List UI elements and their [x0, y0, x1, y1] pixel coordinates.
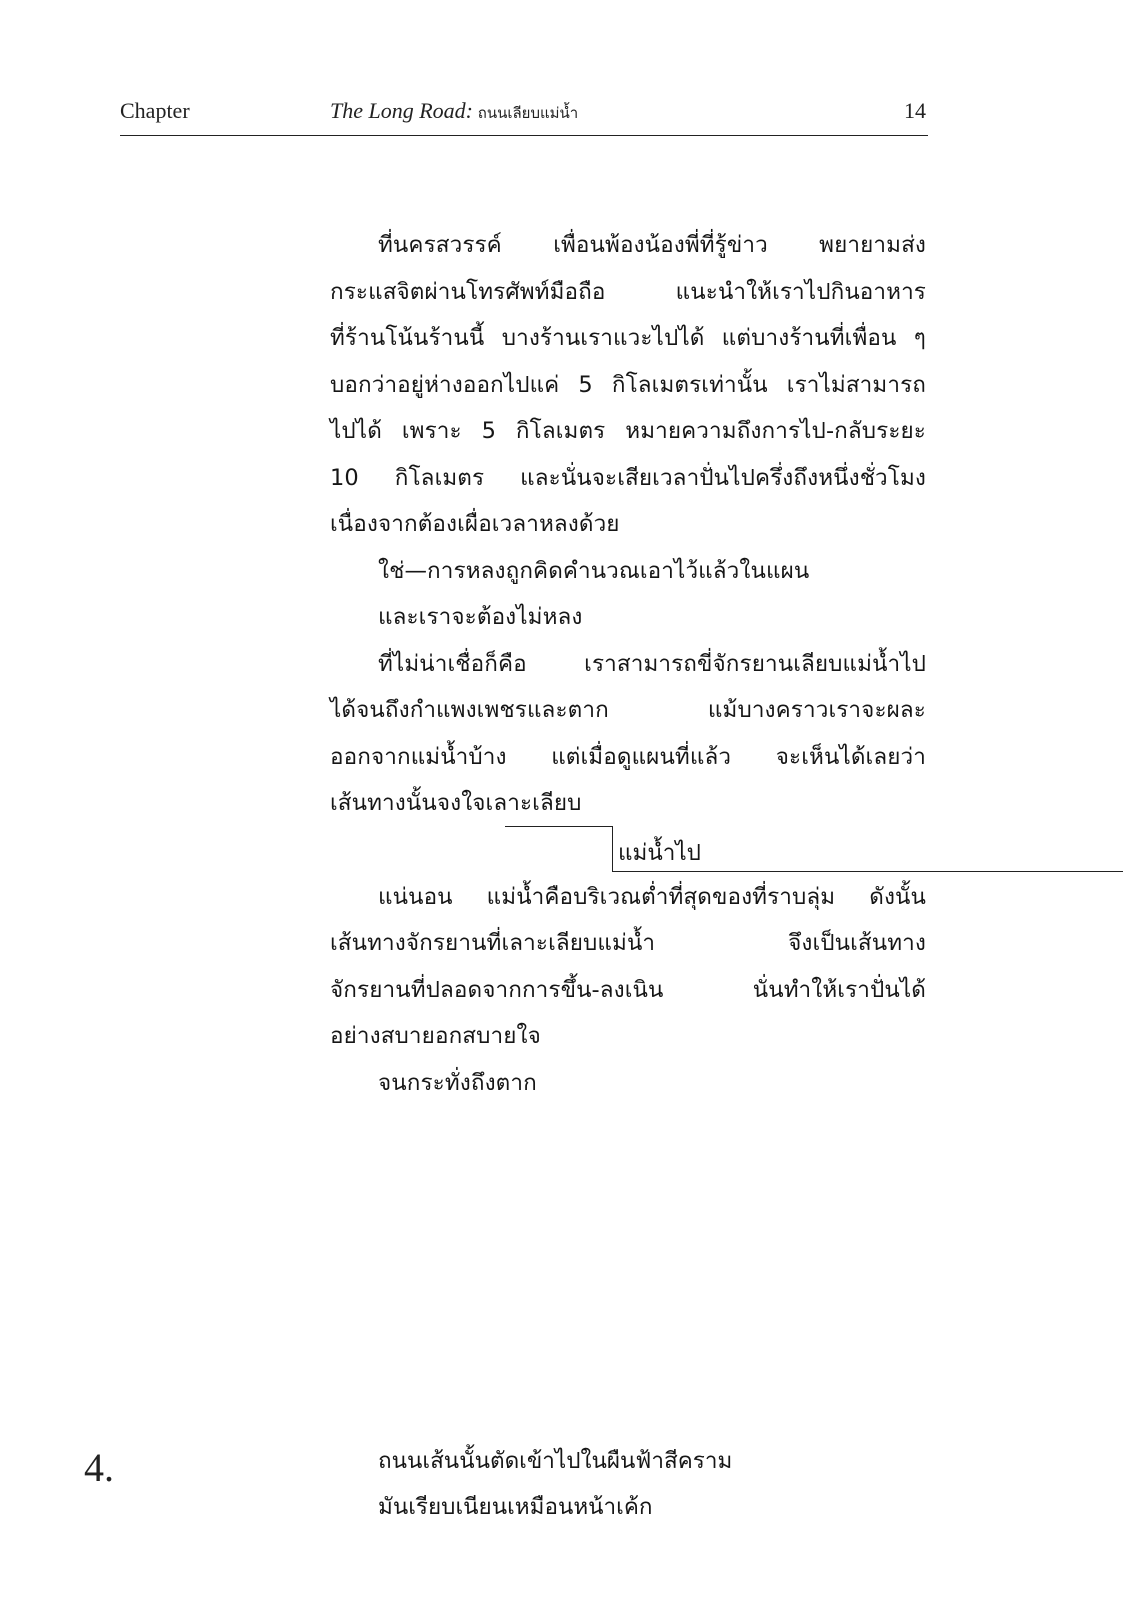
section-line: ถนนเส้นนั้นตัดเข้าไปในผืนฟ้าสีคราม — [378, 1446, 732, 1476]
page-number: 14 — [880, 98, 926, 124]
body-line: แน่นอน แม่น้ำคือบริเวณต่ำที่สุดของที่ราบ… — [378, 882, 926, 912]
connector-line-vertical — [612, 826, 613, 872]
connector-line-top — [505, 826, 612, 827]
body-line: ออกจากแม่น้ำบ้าง แต่เมื่อดูแผนที่แล้ว จะ… — [330, 742, 926, 772]
header-rule — [120, 135, 928, 136]
section-line: มันเรียบเนียนเหมือนหน้าเค้ก — [378, 1492, 653, 1522]
body-line: ใช่—การหลงถูกคิดคำนวณเอาไว้แล้วในแผน — [378, 556, 926, 586]
body-line: เส้นทางจักรยานที่เลาะเลียบแม่น้ำ จึงเป็น… — [330, 928, 926, 958]
connector-text: แม่น้ำไป — [618, 838, 701, 868]
body-line: จนกระทั่งถึงตาก — [378, 1068, 926, 1098]
body-line: เส้นทางนั้นจงใจเลาะเลียบ — [330, 788, 926, 818]
body-line: ที่นครสวรรค์ เพื่อนพ้องน้องพี่ที่รู้ข่าว… — [378, 230, 926, 260]
body-line: เนื่องจากต้องเผื่อเวลาหลงด้วย — [330, 509, 926, 539]
book-title-english: The Long Road: — [330, 98, 473, 123]
running-header-title: The Long Road: ถนนเลียบแม่น้ำ — [330, 98, 578, 125]
body-line: 10 กิโลเมตร และนั่นจะเสียเวลาปั่นไปครึ่ง… — [330, 463, 926, 493]
body-line: ที่ร้านโน้นร้านนี้ บางร้านเราแวะไปได้ แต… — [330, 323, 926, 353]
book-title-thai: ถนนเลียบแม่น้ำ — [473, 104, 578, 122]
body-line: ได้จนถึงกำแพงเพชรและตาก แม้บางคราวเราจะผ… — [330, 695, 926, 725]
section-number: 4. — [84, 1446, 114, 1490]
body-line: กระแสจิตผ่านโทรศัพท์มือถือ แนะนำให้เราไป… — [330, 277, 926, 307]
body-line: บอกว่าอยู่ห่างออกไปแค่ 5 กิโลเมตรเท่านั้… — [330, 370, 926, 400]
body-line: จักรยานที่ปลอดจากการขึ้น-ลงเนิน นั่นทำให… — [330, 975, 926, 1005]
body-line: ไปได้ เพราะ 5 กิโลเมตร หมายความถึงการไป-… — [330, 416, 926, 446]
body-line: ที่ไม่น่าเชื่อก็คือ เราสามารถขี่จักรยานเ… — [378, 649, 926, 679]
body-line: และเราจะต้องไม่หลง — [378, 602, 926, 632]
body-line: อย่างสบายอกสบายใจ — [330, 1021, 926, 1051]
running-header-chapter: Chapter — [120, 98, 190, 124]
connector-line-bottom — [612, 871, 1123, 872]
